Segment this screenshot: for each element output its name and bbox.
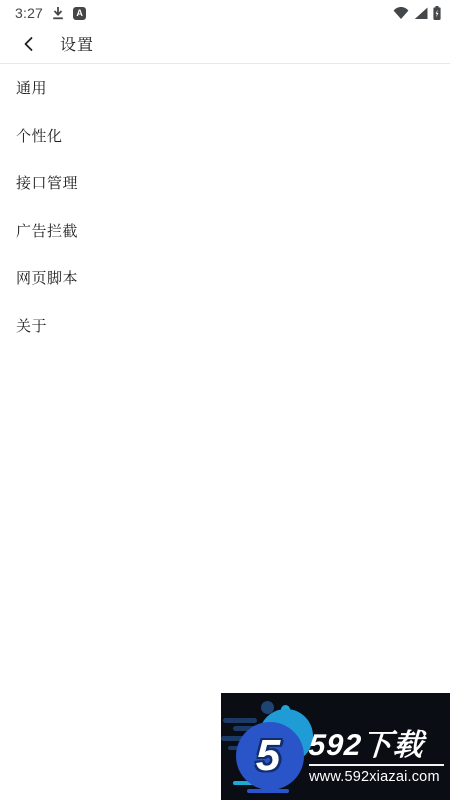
watermark-divider — [309, 764, 444, 766]
watermark-text-block: 592下载 www.592xiazai.com — [309, 693, 446, 800]
menu-item-web-scripts[interactable]: 网页脚本 — [0, 254, 450, 302]
speed-line — [223, 718, 257, 723]
menu-item-ad-blocking[interactable]: 广告拦截 — [0, 207, 450, 255]
back-chevron-icon — [20, 35, 38, 53]
status-time: 3:27 — [15, 5, 43, 21]
menu-item-label: 通用 — [16, 77, 47, 98]
logo-circle-main: 5 — [236, 722, 304, 790]
app-badge-icon: A — [73, 7, 86, 20]
logo-592-icon: 5 — [221, 693, 309, 800]
watermark-badge: 5 592下载 www.592xiazai.com — [221, 693, 450, 800]
menu-item-general[interactable]: 通用 — [0, 64, 450, 112]
download-icon — [52, 6, 64, 20]
menu-item-label: 接口管理 — [16, 172, 78, 193]
status-bar: 3:27 A — [0, 0, 450, 24]
back-button[interactable] — [17, 32, 41, 56]
status-bar-right — [393, 6, 441, 20]
menu-item-label: 关于 — [16, 315, 47, 336]
menu-item-label: 网页脚本 — [16, 267, 78, 288]
cellular-signal-icon — [414, 7, 428, 19]
status-bar-left: 3:27 A — [15, 5, 86, 21]
menu-item-label: 个性化 — [16, 125, 63, 146]
wifi-icon — [393, 7, 409, 19]
menu-item-api-management[interactable]: 接口管理 — [0, 159, 450, 207]
page-title: 设置 — [60, 32, 94, 55]
battery-charging-icon — [433, 6, 441, 20]
watermark-brand: 592下载 — [307, 720, 425, 764]
settings-menu: 通用 个性化 接口管理 广告拦截 网页脚本 关于 — [0, 64, 450, 349]
watermark-url: www.592xiazai.com — [309, 769, 440, 785]
app-bar: 设置 — [0, 24, 450, 63]
logo-number: 5 — [256, 734, 284, 778]
settings-screen: 3:27 A — [0, 0, 450, 800]
menu-item-label: 广告拦截 — [16, 220, 78, 241]
menu-item-about[interactable]: 关于 — [0, 302, 450, 350]
menu-item-personalization[interactable]: 个性化 — [0, 112, 450, 160]
